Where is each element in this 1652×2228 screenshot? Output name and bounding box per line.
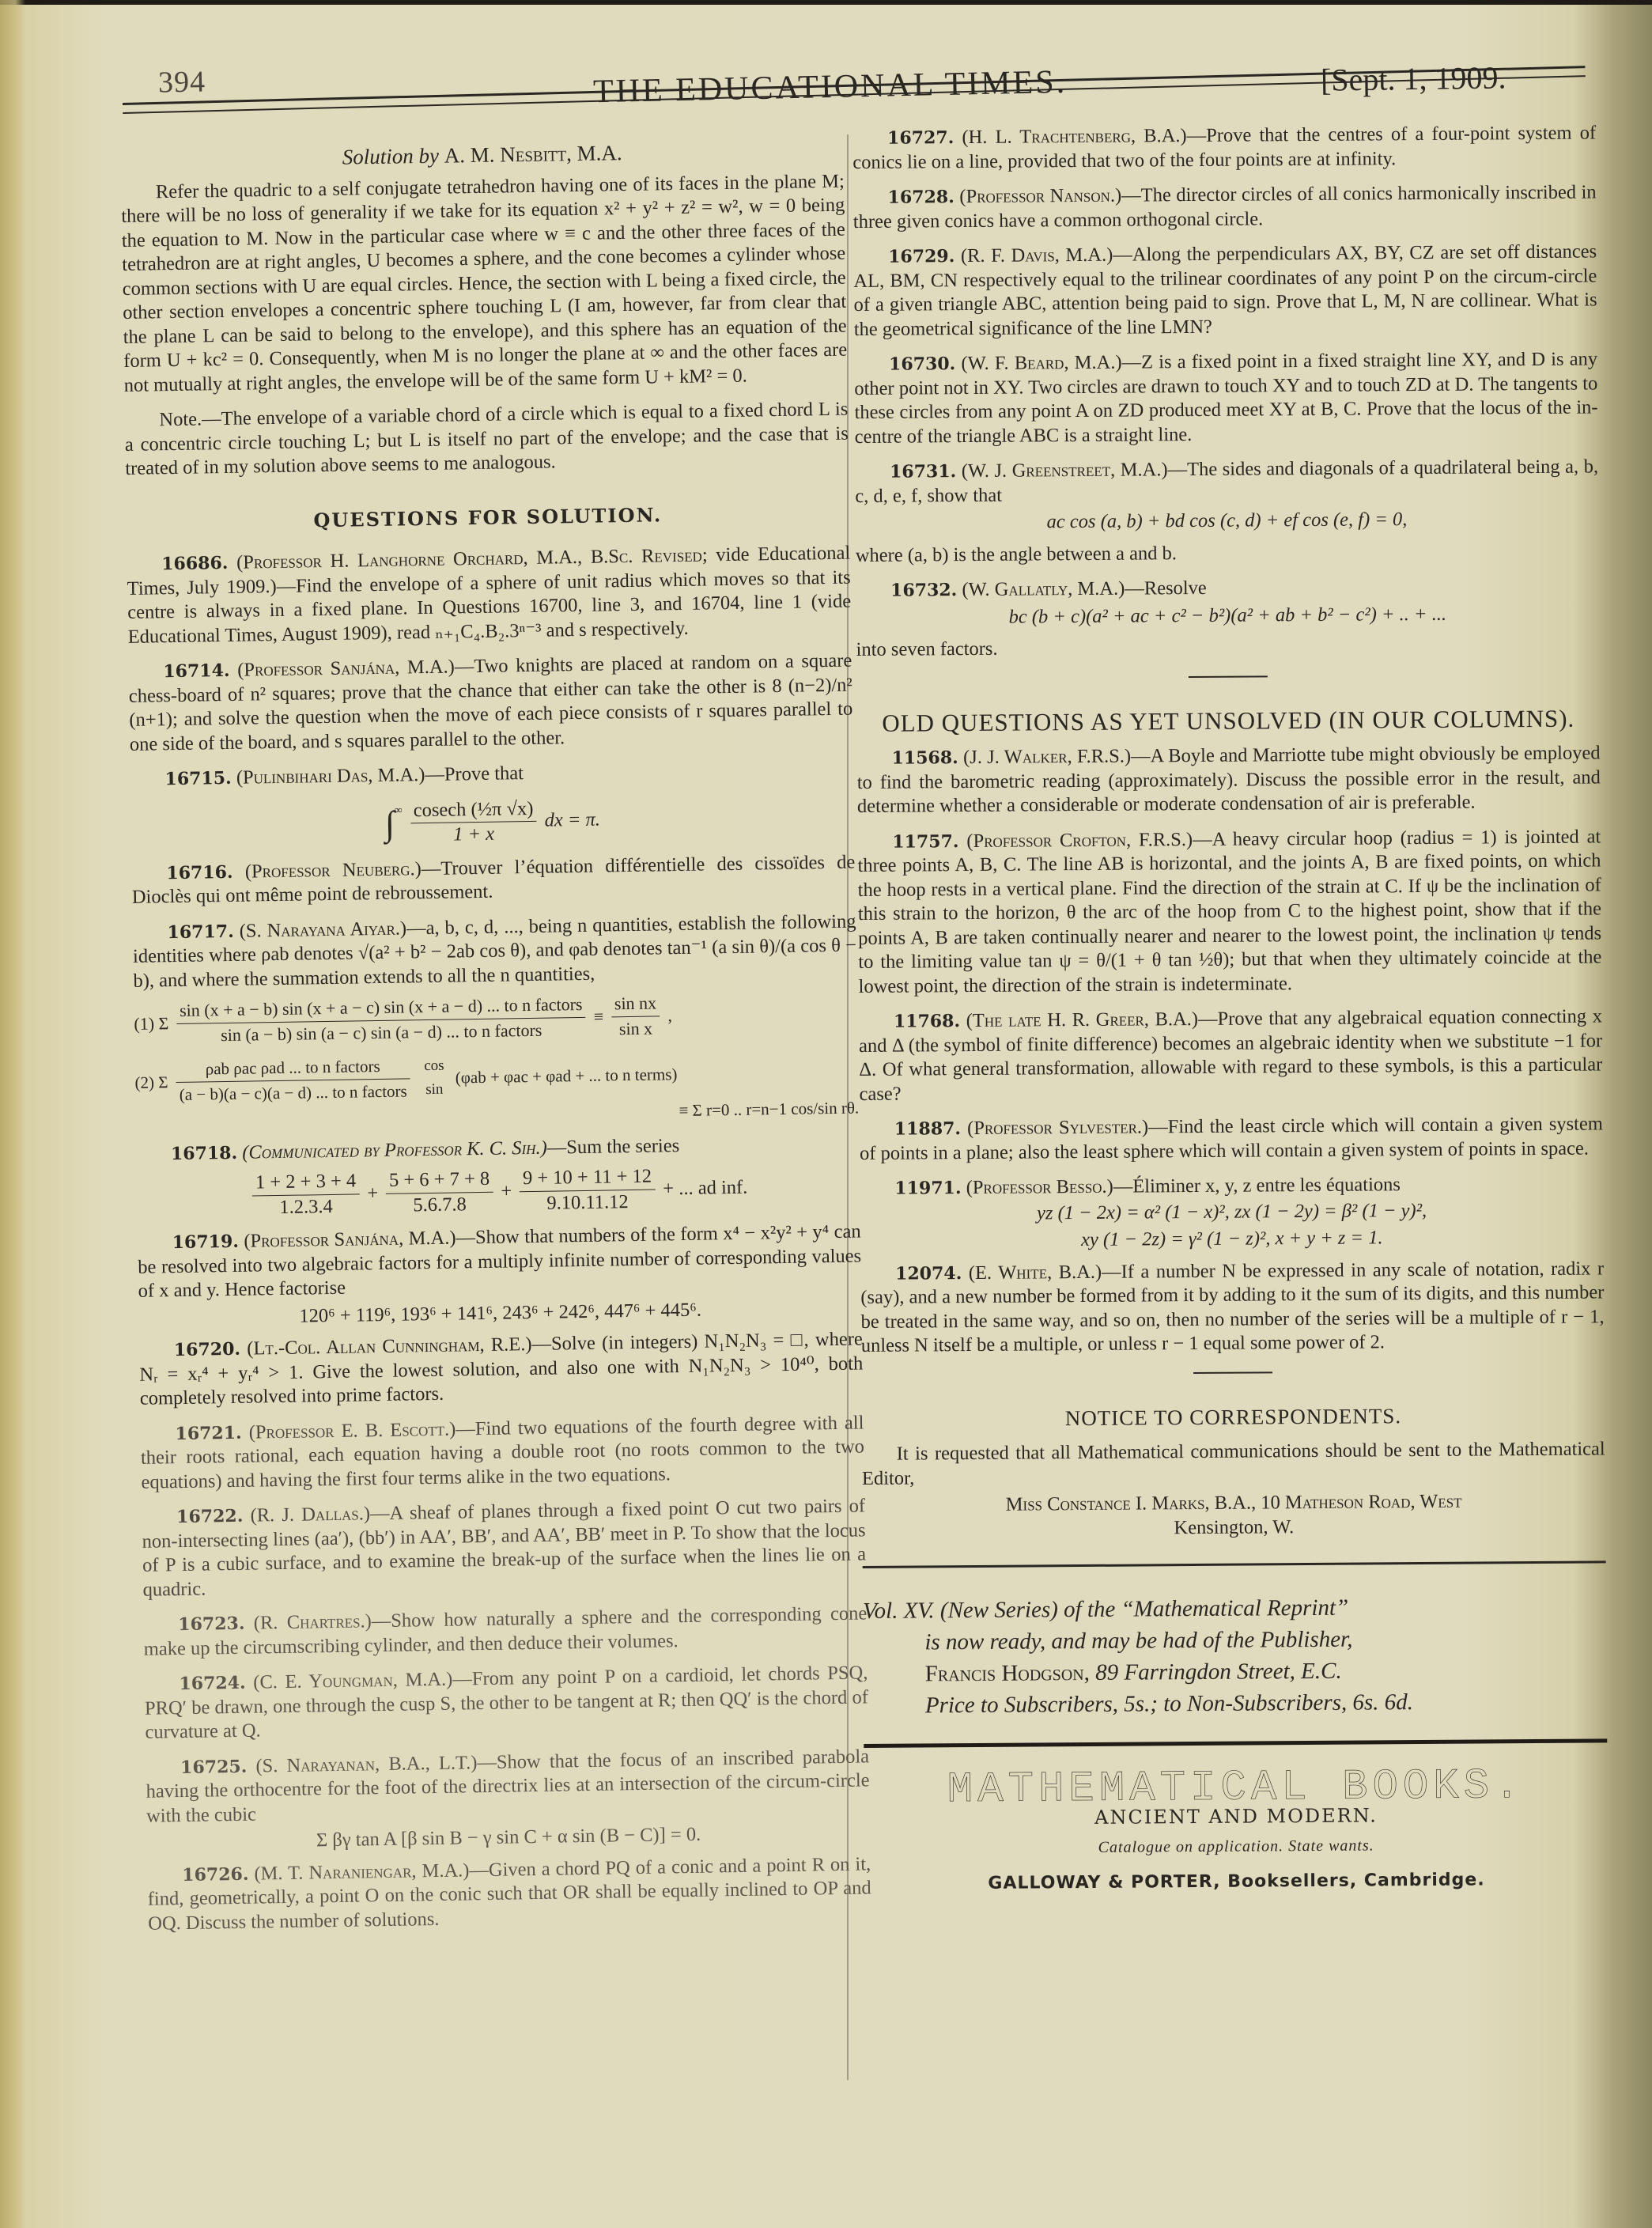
identity-1: (1) Σ sin (x + a − b) sin (x + a − c) si… (134, 988, 858, 1048)
section-rule (1193, 1371, 1272, 1374)
books-advertisement: MATHEMATICAL BOOKS. ANCIENT AND MODERN. … (864, 1774, 1609, 1897)
solution-note: Note.—The envelope of a variable chord o… (124, 398, 849, 482)
quadrilateral-formula: ac cos (a, b) + bd cos (c, d) + ef cos (… (855, 506, 1598, 535)
books-seller: GALLOWAY & PORTER, Booksellers, Cambridg… (864, 1867, 1608, 1897)
question-item: 16719. (Professor Sanjána, M.A.)—Show th… (138, 1220, 862, 1303)
question-item: 16717. (S. Narayana Aiyar.)—a, b, c, d, … (132, 910, 856, 993)
advert-rule (864, 1738, 1607, 1748)
notice-body: It is requested that all Mathematical co… (862, 1437, 1605, 1491)
question-item: 16686. (Professor H. Langhorne Orchard, … (127, 542, 852, 649)
books-title: MATHEMATICAL BOOKS. (864, 1774, 1608, 1803)
question-item: 16715. (Pulinbihari Das, M.A.)—Prove tha… (130, 757, 853, 792)
question-item: 16714. (Professor Sanjána, M.A.)—Two kni… (128, 649, 853, 757)
old-question-item: 12074. (E. White, B.A.)—If a number N be… (860, 1257, 1605, 1359)
question-item: 16723. (R. Chartres.)—Show how naturally… (143, 1602, 868, 1661)
notice-heading: NOTICE TO CORRESPONDENTS. (861, 1402, 1605, 1432)
page-number: 394 (158, 64, 206, 100)
solution-paragraph: Refer the quadric to a self conjugate te… (121, 169, 848, 398)
old-questions-heading: OLD QUESTIONS AS YET UNSOLVED (IN OUR CO… (856, 706, 1600, 736)
question-item: 16722. (R. J. Dallas.)—A sheaf of planes… (142, 1494, 867, 1602)
question-item: 16731. (W. J. Greenstreet, M.A.)—The sid… (855, 455, 1598, 509)
scanned-page: 394 THE EDUCATIONAL TIMES. [Sept. 1, 190… (0, 0, 1652, 2228)
question-item: 16728. (Professor Nanson.)—The director … (853, 180, 1597, 234)
questions-heading: QUESTIONS FOR SOLUTION. (126, 500, 849, 535)
reprint-advertisement: Vol. XV. (New Series) of the “Mathematic… (863, 1590, 1607, 1722)
question-item: 16725. (S. Narayanan, B.A., L.T.)—Show t… (146, 1745, 870, 1829)
right-column: 16727. (H. L. Trachtenberg, B.A.)—Prove … (852, 121, 1609, 1897)
series-formula: 1 + 2 + 3 + 41.2.3.4 + 5 + 6 + 7 + 85.6.… (136, 1161, 860, 1221)
scan-left-edge (0, 0, 25, 2228)
question-item: 16721. (Professor E. B. Escott.)—Find tw… (140, 1411, 864, 1495)
question-item: 16730. (W. F. Beard, M.A.)—Z is a fixed … (854, 347, 1598, 449)
integral-formula: ∫∞ cosech (½π √x)1 + x dx = π. (130, 792, 855, 852)
question-item: 16726. (M. T. Naraniengar, M.A.)—Given a… (147, 1852, 871, 1936)
question-item: 16729. (R. F. Davis, M.A.)—Along the per… (853, 240, 1597, 342)
question-item: 16732. (W. Gallatly, M.A.)—Resolve (856, 573, 1599, 603)
notice-rule (863, 1560, 1606, 1568)
elimination-formula-2: xy (1 − 2z) = γ² (1 − z)², x + y + z = 1… (860, 1224, 1604, 1254)
old-question-item: 11768. (The late H. R. Greer, B.A.)—Prov… (859, 1004, 1603, 1106)
scan-top-edge (0, 0, 1652, 5)
question-continuation: where (a, b) is the angle between a and … (856, 539, 1599, 568)
elimination-formula-1: yz (1 − 2x) = α² (1 − x)², zx (1 − 2y) =… (860, 1197, 1603, 1227)
question-item: 16718. (Communicated by Professor K. C. … (136, 1131, 860, 1167)
resolve-formula: bc (b + c)(a² + ac + c² − b²)(a² + ab + … (856, 601, 1599, 630)
section-rule (1189, 675, 1268, 678)
question-item: 16720. (Lt.-Col. Allan Cunningham, R.E.)… (139, 1327, 864, 1411)
notice-address-line2: Kensington, W. (862, 1513, 1605, 1542)
old-question-item: 11568. (J. J. Walker, F.R.S.)—A Boyle an… (856, 741, 1601, 819)
question-item: 16716. (Professor Neuberg.)—Trouver l’éq… (131, 850, 856, 910)
old-question-item: 11971. (Professor Besso.)—Éliminer x, y,… (860, 1171, 1603, 1201)
question-continuation: into seven factors. (856, 633, 1600, 662)
books-catalogue-note: Catalogue on application. State wants. (864, 1832, 1608, 1861)
left-column: Solution by A. M. Nesbitt, M.A. Refer th… (120, 138, 872, 1947)
question-item: 16724. (C. E. Youngman, M.A.)—From any p… (144, 1661, 868, 1745)
question-item: 16727. (H. L. Trachtenberg, B.A.)—Prove … (852, 121, 1596, 175)
solution-byline: Solution by A. M. Nesbitt, M.A. (120, 138, 844, 173)
old-question-item: 11757. (Professor Crofton, F.R.S.)—A hea… (857, 825, 1601, 999)
old-question-item: 11887. (Professor Sylvester.)—Find the l… (860, 1112, 1603, 1166)
